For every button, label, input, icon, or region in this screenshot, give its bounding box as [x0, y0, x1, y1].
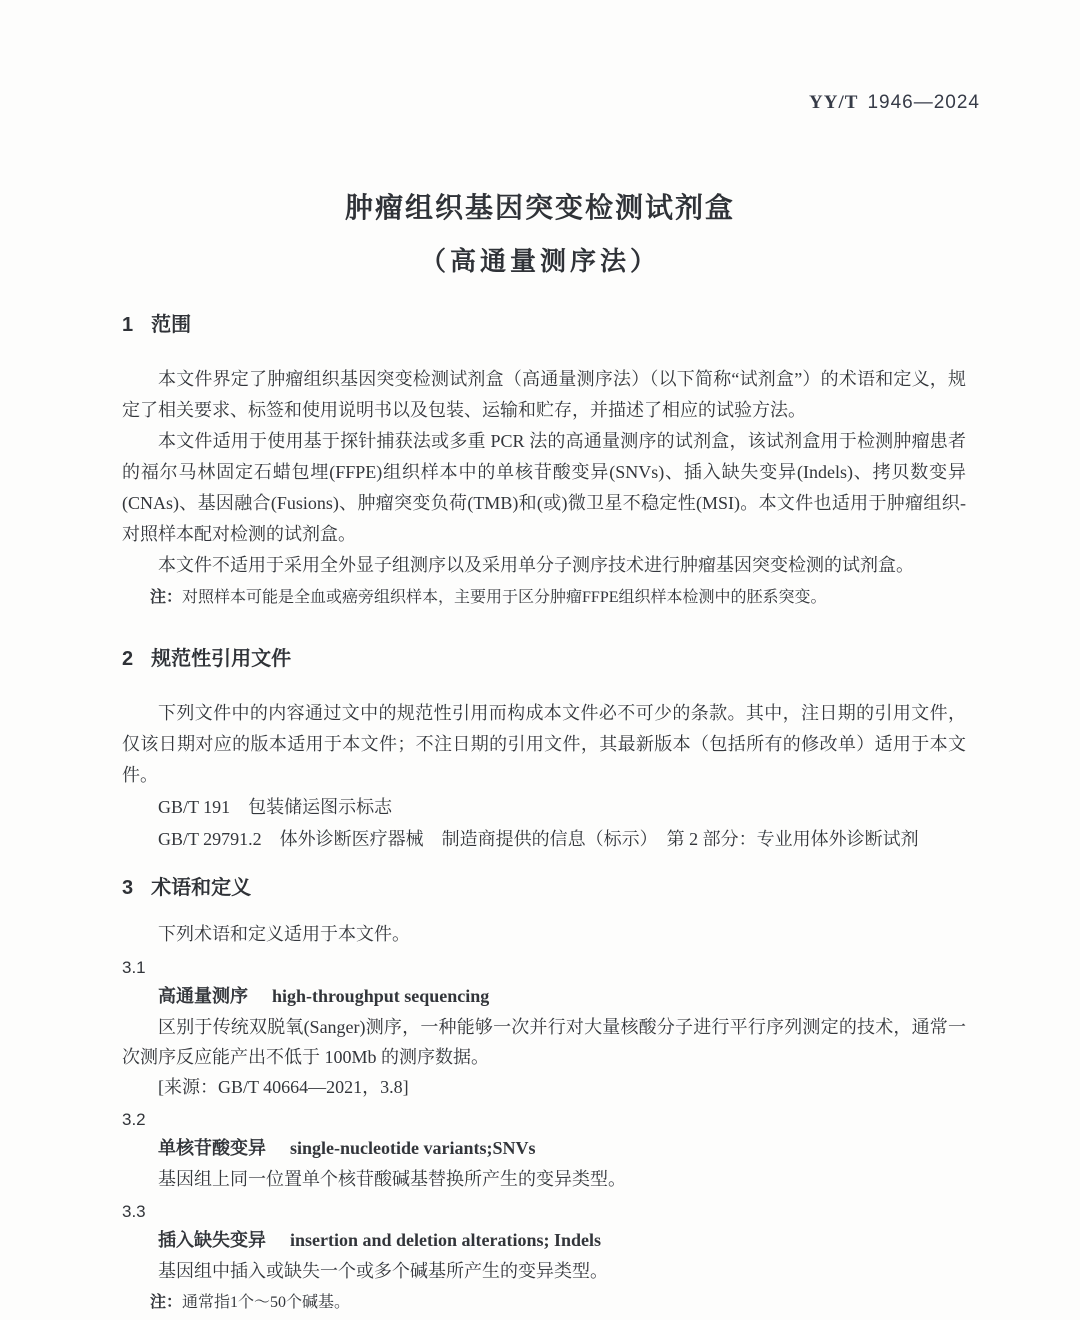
section-3-number: 3	[122, 875, 133, 901]
term-2-name-zh: 单核苷酸变异	[158, 1138, 266, 1158]
note-label: 注：	[150, 1294, 182, 1311]
standard-number-header: YY/T 1946—2024	[809, 92, 980, 114]
document-page: YY/T 1946—2024 肿瘤组织基因突变检测试剂盒 （高通量测序法） 1 …	[0, 0, 1080, 1320]
note-text: 通常指1个～50个碱基。	[182, 1294, 350, 1311]
section-3-title: 术语和定义	[151, 875, 251, 901]
term-1-name-zh: 高通量测序	[158, 986, 248, 1006]
note-text: 对照样本可能是全血或癌旁组织样本，主要用于区分肿瘤FFPE组织样本检测中的胚系突…	[182, 589, 826, 606]
term-1-number: 3.1	[122, 953, 966, 982]
section-3-heading: 3 术语和定义	[122, 875, 966, 901]
term-1-definition: 区别于传统双脱氧(Sanger)测序，一种能够一次并行对大量核酸分子进行平行序列…	[122, 1012, 966, 1072]
term-2-title: 单核苷酸变异 single-nucleotide variants;SNVs	[158, 1134, 966, 1164]
document-body: 1 范围 本文件界定了肿瘤组织基因突变检测试剂盒（高通量测序法）（以下简称“试剂…	[122, 312, 966, 1317]
section-1-paragraph-2: 本文件适用于使用基于探针捕获法或多重 PCR 法的高通量测序的试剂盒，该试剂盒用…	[122, 426, 966, 550]
document-subtitle: （高通量测序法）	[0, 241, 1080, 278]
section-2-number: 2	[122, 646, 133, 672]
term-3-title: 插入缺失变异 insertion and deletion alteration…	[158, 1226, 966, 1256]
section-2-heading: 2 规范性引用文件	[122, 646, 966, 672]
section-3-intro: 下列术语和定义适用于本文件。	[122, 919, 966, 950]
section-1-paragraph-3: 本文件不适用于采用全外显子组测序以及采用单分子测序技术进行肿瘤基因突变检测的试剂…	[122, 550, 966, 581]
standard-code: YY/T	[809, 92, 858, 114]
term-2-number: 3.2	[122, 1105, 966, 1134]
section-1-title: 范围	[151, 312, 191, 338]
term-3-number: 3.3	[122, 1197, 966, 1226]
standard-year-number: 1946—2024	[867, 92, 980, 114]
normative-reference-2: GB/T 29791.2 体外诊断医疗器械 制造商提供的信息（标示） 第 2 部…	[158, 823, 966, 855]
section-1-heading: 1 范围	[122, 312, 966, 338]
term-1-source: [来源：GB/T 40664—2021，3.8]	[158, 1072, 966, 1102]
section-1-number: 1	[122, 312, 133, 338]
section-1-paragraph-1: 本文件界定了肿瘤组织基因突变检测试剂盒（高通量测序法）（以下简称“试剂盒”）的术…	[122, 364, 966, 426]
term-1-title: 高通量测序 high-throughput sequencing	[158, 982, 966, 1012]
term-3-note: 注：通常指1个～50个碱基。	[150, 1289, 966, 1317]
section-2-paragraph-1: 下列文件中的内容通过文中的规范性引用而构成本文件必不可少的条款。其中，注日期的引…	[122, 698, 966, 791]
section-2-title: 规范性引用文件	[151, 646, 291, 672]
term-3-definition: 基因组中插入或缺失一个或多个碱基所产生的变异类型。	[122, 1256, 966, 1286]
note-label: 注：	[150, 589, 182, 606]
section-1-note: 注：对照样本可能是全血或癌旁组织样本，主要用于区分肿瘤FFPE组织样本检测中的胚…	[150, 584, 966, 612]
normative-reference-1: GB/T 191 包装储运图示标志	[158, 791, 966, 823]
term-2-name-en: single-nucleotide variants;SNVs	[290, 1138, 536, 1158]
term-2-definition: 基因组上同一位置单个核苷酸碱基替换所产生的变异类型。	[122, 1164, 966, 1194]
document-title: 肿瘤组织基因突变检测试剂盒	[0, 186, 1080, 226]
document-title-block: 肿瘤组织基因突变检测试剂盒 （高通量测序法）	[0, 186, 1080, 278]
term-1-name-en: high-throughput sequencing	[272, 986, 489, 1006]
term-3-name-zh: 插入缺失变异	[158, 1230, 266, 1250]
term-3-name-en: insertion and deletion alterations; Inde…	[290, 1230, 601, 1250]
